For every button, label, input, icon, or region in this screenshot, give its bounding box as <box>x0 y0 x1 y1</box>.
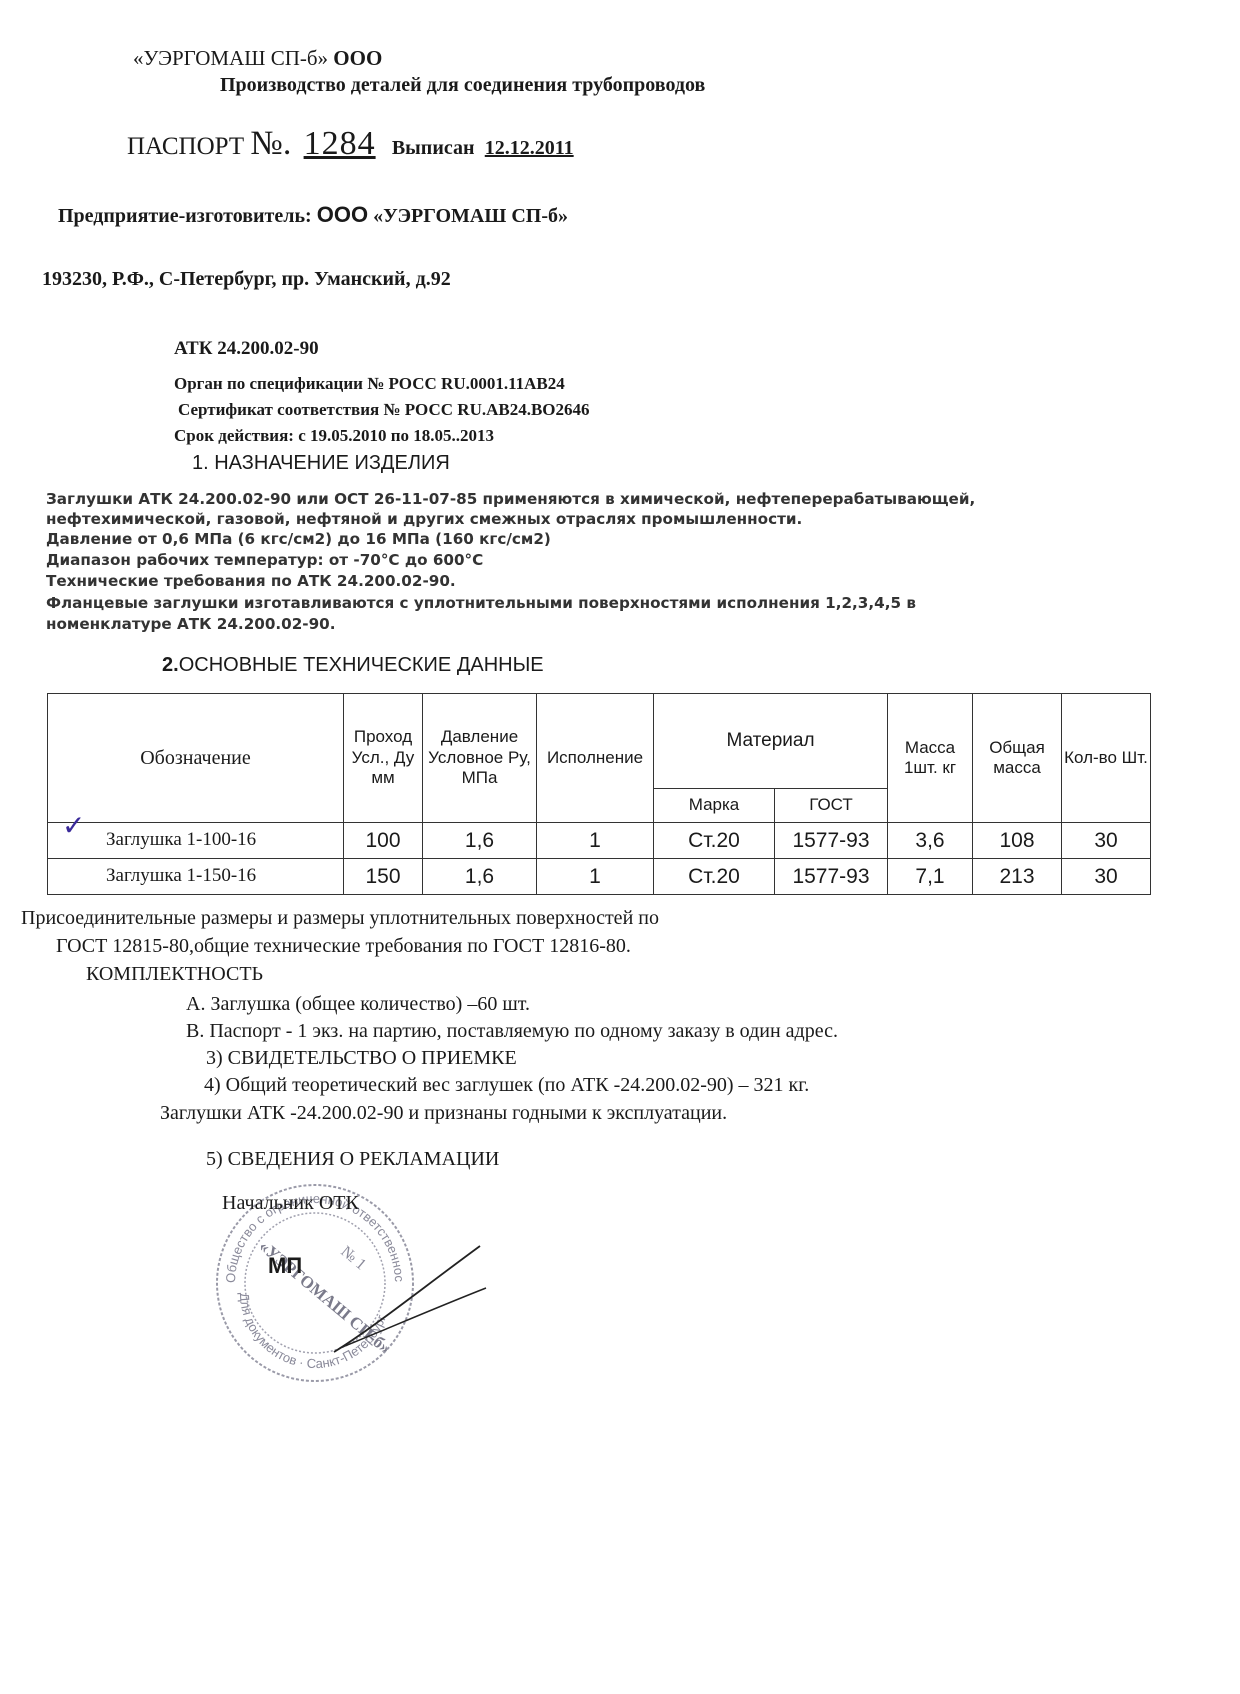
cell-unit-mass: 7,1 <box>888 859 973 895</box>
header-designation: Обозначение <box>48 694 344 823</box>
cell-qty: 30 <box>1062 823 1151 859</box>
otk-head-label: Начальник ОТК <box>222 1192 359 1215</box>
section-2-number: 2. <box>162 654 179 676</box>
company-heading: «УЭРГОМАШ СП-б» ООО <box>133 46 382 71</box>
certificate-number: Сертификат соответствия № РОСС RU.АВ24.В… <box>178 400 590 420</box>
cell-designation: Заглушка 1-150-16 <box>48 859 344 895</box>
header-dn: Проход Усл., Ду мм <box>344 694 423 823</box>
purpose-line: нефтехимической, газовой, нефтяной и дру… <box>46 510 802 528</box>
manufacturer-address: 193230, Р.Ф., С-Петербург, пр. Уманский,… <box>42 268 451 291</box>
stamp-placeholder-label: МП <box>268 1253 302 1279</box>
purpose-line: Диапазон рабочих температур: от -70°С до… <box>46 551 483 569</box>
certification-organ: Орган по спецификации № РОСС RU.0001.11А… <box>174 374 565 394</box>
table-row: Заглушка 1-150-16 150 1,6 1 Ст.20 1577-9… <box>48 859 1151 895</box>
purpose-line: Заглушки АТК 24.200.02-90 или ОСТ 26-11-… <box>46 490 975 508</box>
section-1-title: 1. НАЗНАЧЕНИЕ ИЗДЕЛИЯ <box>192 452 450 475</box>
header-material: Материал <box>654 694 888 789</box>
checkmark-icon: ✓ <box>62 809 85 843</box>
issued-label: Выписан <box>392 137 475 159</box>
cell-dn: 150 <box>344 859 423 895</box>
section-3-title: 3) СВИДЕТЕЛЬСТВО О ПРИЕМКЕ <box>206 1047 517 1070</box>
cell-grade: Ст.20 <box>654 859 775 895</box>
cell-dn: 100 <box>344 823 423 859</box>
cell-total-mass: 108 <box>973 823 1062 859</box>
section-5-title: 5) СВЕДЕНИЯ О РЕКЛАМАЦИИ <box>206 1148 499 1171</box>
signature <box>330 1240 490 1360</box>
cell-grade: Ст.20 <box>654 823 775 859</box>
manufacturer-label: Предприятие-изготовитель: <box>58 205 312 227</box>
cell-total-mass: 213 <box>973 859 1062 895</box>
standard-code: АТК 24.200.02-90 <box>174 338 319 360</box>
technical-data-table: Обозначение Проход Усл., Ду мм Давление … <box>47 693 1151 895</box>
section-2-title: 2.ОСНОВНЫЕ ТЕХНИЧЕСКИЕ ДАННЫЕ <box>162 654 544 677</box>
cell-designation: ✓Заглушка 1-100-16 <box>48 823 344 859</box>
completeness-item-a: А. Заглушка (общее количество) –60 шт. <box>186 993 530 1016</box>
table-row: ✓Заглушка 1-100-16 100 1,6 1 Ст.20 1577-… <box>48 823 1151 859</box>
header-version: Исполнение <box>537 694 654 823</box>
header-grade: Марка <box>654 789 775 823</box>
fitness-statement: Заглушки АТК -24.200.02-90 и признаны го… <box>160 1102 727 1125</box>
cell-qty: 30 <box>1062 859 1151 895</box>
connection-text: Присоединительные размеры и размеры упло… <box>21 907 659 930</box>
company-subtitle: Производство деталей для соединения труб… <box>220 74 705 97</box>
passport-title: ПАСПОРТ №. 1284 Выписан 12.12.2011 <box>127 125 574 163</box>
manufacturer-line: Предприятие-изготовитель: ООО «УЭРГОМАШ … <box>58 202 568 228</box>
cell-unit-mass: 3,6 <box>888 823 973 859</box>
completeness-title: КОМПЛЕКТНОСТЬ <box>86 963 263 986</box>
company-form: ООО <box>333 46 382 70</box>
cell-pressure: 1,6 <box>423 859 537 895</box>
designation-text: Заглушка 1-100-16 <box>106 829 256 850</box>
purpose-line: Давление от 0,6 МПа (6 кгс/см2) до 16 МП… <box>46 530 551 548</box>
purpose-line: Технические требования по АТК 24.200.02-… <box>46 572 456 590</box>
header-unit-mass: Масса 1шт. кг <box>888 694 973 823</box>
header-pressure: Давление Условное Ру, МПа <box>423 694 537 823</box>
cell-pressure: 1,6 <box>423 823 537 859</box>
number-sign: №. <box>250 125 291 162</box>
header-total-mass: Общая масса <box>973 694 1062 823</box>
section-4-weight: 4) Общий теоретический вес заглушек (по … <box>204 1074 809 1097</box>
issued-date: 12.12.2011 <box>485 137 574 159</box>
purpose-line: номенклатуре АТК 24.200.02-90. <box>46 615 336 633</box>
purpose-line: Фланцевые заглушки изготавливаются с упл… <box>46 594 916 612</box>
header-qty: Кол-во Шт. <box>1062 694 1151 823</box>
completeness-item-b: В. Паспорт - 1 экз. на партию, поставляе… <box>186 1020 838 1043</box>
passport-number: 1284 <box>298 125 382 162</box>
cell-gost: 1577-93 <box>775 823 888 859</box>
manufacturer-form: ООО <box>317 202 368 227</box>
header-gost: ГОСТ <box>775 789 888 823</box>
passport-label: ПАСПОРТ <box>127 133 244 160</box>
cell-gost: 1577-93 <box>775 859 888 895</box>
cell-version: 1 <box>537 823 654 859</box>
company-name: «УЭРГОМАШ СП-б» <box>133 46 328 70</box>
cell-version: 1 <box>537 859 654 895</box>
section-2-text: ОСНОВНЫЕ ТЕХНИЧЕСКИЕ ДАННЫЕ <box>179 654 544 676</box>
connection-text: ГОСТ 12815-80,общие технические требован… <box>56 935 631 958</box>
certificate-validity: Срок действия: с 19.05.2010 по 18.05..20… <box>174 426 494 446</box>
manufacturer-name: «УЭРГОМАШ СП-б» <box>373 205 568 227</box>
